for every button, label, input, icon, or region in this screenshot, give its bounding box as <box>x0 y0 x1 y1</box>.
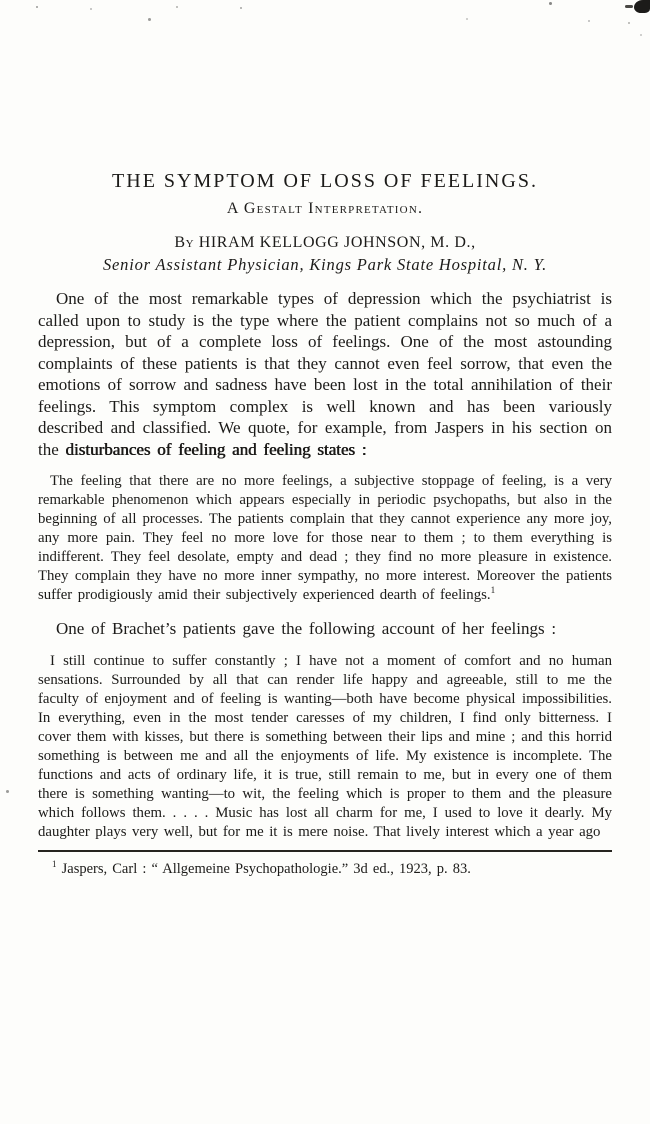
brachet-quote: I still continue to suffer constantly ; … <box>38 652 612 842</box>
scan-speck <box>240 7 242 9</box>
article: THE SYMPTOM OF LOSS OF FEELINGS. A Gesta… <box>38 170 612 878</box>
footnote-rule <box>38 850 612 852</box>
scan-speck <box>466 18 468 20</box>
paragraph-brachet: One of Brachet’s patients gave the follo… <box>38 618 612 640</box>
paragraph-intro: One of the most remarkable types of depr… <box>38 288 612 460</box>
scan-speck <box>588 20 590 22</box>
paragraph-text: One of the most remarkable types of depr… <box>38 289 612 459</box>
byline: By HIRAM KELLOGG JOHNSON, M. D., <box>38 234 612 252</box>
jaspers-quote: The feeling that there are no more feeli… <box>38 472 612 605</box>
footnote: 1 Jaspers, Carl : “ Allgemeine Psychopat… <box>38 860 612 878</box>
scan-speck <box>640 34 642 36</box>
footnote-text: Jaspers, Carl : “ Allgemeine Psychopatho… <box>57 861 471 877</box>
scanned-page: THE SYMPTOM OF LOSS OF FEELINGS. A Gesta… <box>0 0 650 1124</box>
emphasized-phrase: disturbances of feeling and feeling stat… <box>66 440 367 459</box>
scan-speck <box>549 2 552 5</box>
scan-speck <box>148 18 151 21</box>
scan-corner-blob <box>634 0 650 13</box>
scan-speck <box>36 6 38 8</box>
article-subtitle: A Gestalt Interpretation. <box>38 200 612 218</box>
footnote-marker: 1 <box>491 585 496 595</box>
scan-speck <box>90 8 92 10</box>
article-title: THE SYMPTOM OF LOSS OF FEELINGS. <box>38 170 612 193</box>
scan-mark <box>625 5 633 8</box>
affiliation: Senior Assistant Physician, Kings Park S… <box>38 255 612 275</box>
quote-text: The feeling that there are no more feeli… <box>38 473 612 603</box>
scan-speck <box>6 790 9 793</box>
scan-speck <box>628 22 630 24</box>
scan-speck <box>176 6 178 8</box>
